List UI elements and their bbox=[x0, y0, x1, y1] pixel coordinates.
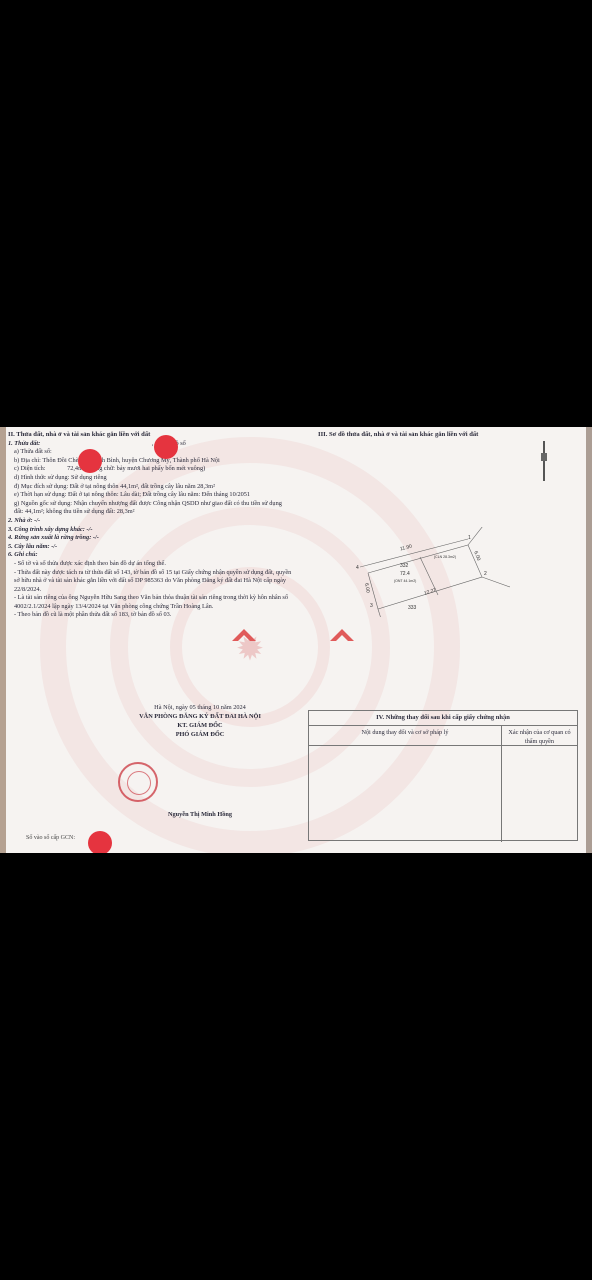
parcel-diagram: 4 1 2 3 11.90 6.00 12.27 6.00 332 72.4 (… bbox=[360, 527, 510, 617]
registry-label: Số vào sổ cấp GCN: bbox=[26, 835, 75, 841]
north-arrow-icon bbox=[543, 441, 545, 481]
signature-block: Hà Nội, ngày 05 tháng 10 năm 2024 VĂN PH… bbox=[100, 703, 300, 739]
section-ii: II. Thửa đất, nhà ở và tài sản khác gắn … bbox=[8, 431, 292, 620]
redaction-dot bbox=[88, 831, 112, 853]
redaction-dot bbox=[78, 449, 102, 473]
changes-table: IV. Những thay đổi sau khi cấp giấy chứn… bbox=[308, 710, 578, 841]
official-seal bbox=[118, 762, 158, 802]
redaction-dot bbox=[154, 435, 178, 459]
house-logo-icon bbox=[232, 627, 256, 641]
section-iii-title: III. Sơ đồ thửa đất, nhà ở và tài sản kh… bbox=[318, 431, 478, 438]
certificate-photo: ✹ II. Thửa đất, nhà ở và tài sản khác gắ… bbox=[0, 427, 592, 853]
signer-name: Nguyễn Thị Minh Hồng bbox=[100, 811, 300, 818]
house-logo-icon bbox=[330, 627, 354, 641]
section-ii-title: II. Thửa đất, nhà ở và tài sản khác gắn … bbox=[8, 431, 292, 440]
